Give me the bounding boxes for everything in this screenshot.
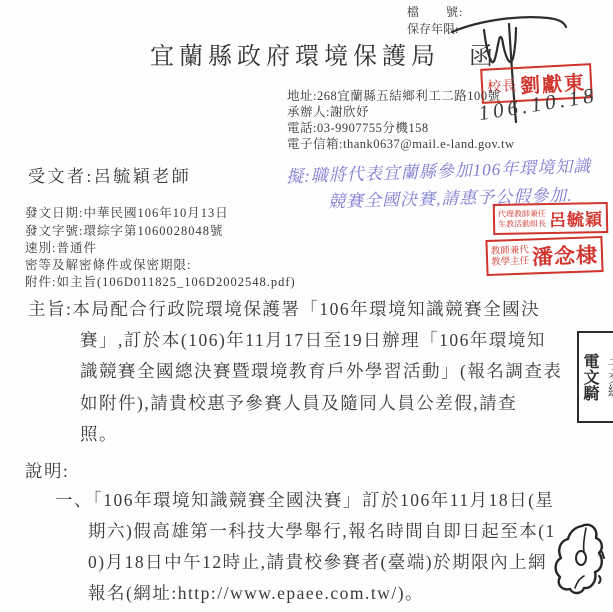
explanation-item-text: 「106年環境知識競賽全國決賽」訂於106年11月18日(星: [93, 490, 554, 510]
director-stamp-title-line2: 教學主任: [491, 257, 529, 270]
teacher-stamp-title-line2: 生教活動組長: [498, 219, 546, 229]
edge-stamp-column-right: 子交縫: [601, 333, 613, 421]
scanned-official-letter: 檔 號: 保存年限: 宜蘭縣政府環境保護局 函 校長 劉獻東 106.10.18…: [0, 0, 613, 612]
director-stamp-name: 潘念棣: [531, 239, 598, 271]
subject-line: 賽」,訂於本(106)年11月17日至19日辦理「106年環境知: [80, 327, 546, 352]
electronic-exchange-edge-stamp: 電文騎 子交縫: [577, 331, 613, 423]
ink-doodle: [550, 518, 613, 602]
subject-line: 主旨:本局配合行政院環境保護署「106年環境知識競賽全國決: [28, 296, 540, 321]
teacher-stamp: 代理教師兼任 生教活動組長 呂毓穎: [493, 202, 609, 235]
subject-line: 識競賽全國總決賽暨環境教育戶外學習活動」(報名調查表: [80, 358, 562, 383]
explanation-item-number: 一、: [55, 490, 93, 510]
attachment-line: 附件:如主旨(106D011825_106D2002548.pdf): [25, 272, 296, 290]
subject-line: 如附件),請貴校惠予參賽人員及隨同人員公差假,請查: [80, 390, 517, 415]
security-class-line: 密等及解密條件或保密期限:: [25, 255, 191, 273]
explanation-item-line: 報名(網址:http://www.epaee.com.tw/)。: [88, 580, 424, 605]
edge-stamp-column-left: 電文騎: [579, 333, 601, 421]
doc-number-line: 發文字號:環綜字第1060028048號: [25, 221, 223, 239]
explanation-item-line: 0)月18日中午12時止,請貴校參賽者(臺端)於期限內上網: [88, 549, 547, 574]
director-stamp: 教師兼代 教學主任 潘念棣: [485, 236, 603, 276]
teacher-stamp-title: 代理教師兼任 生教活動組長: [498, 209, 546, 229]
speed-class-line: 速別:普通件: [25, 238, 97, 256]
contact-email: 電子信箱:thank0637@mail.e-land.gov.tw: [287, 134, 515, 152]
director-stamp-title: 教師兼代 教學主任: [491, 245, 530, 269]
explanation-heading: 說明:: [25, 458, 69, 483]
explanation-item-line: 期六)假高雄第一科技大學舉行,報名時間自即日起至本(1: [88, 518, 556, 543]
recipient-line: 受文者:呂毓穎老師: [28, 162, 191, 187]
subject-line: 照。: [80, 421, 118, 446]
issue-date-line: 發文日期:中華民國106年10月13日: [25, 203, 229, 221]
explanation-item-line: 一、「106年環境知識競賽全國決賽」訂於106年11月18日(星: [55, 487, 554, 512]
teacher-stamp-name: 呂毓穎: [549, 205, 603, 231]
